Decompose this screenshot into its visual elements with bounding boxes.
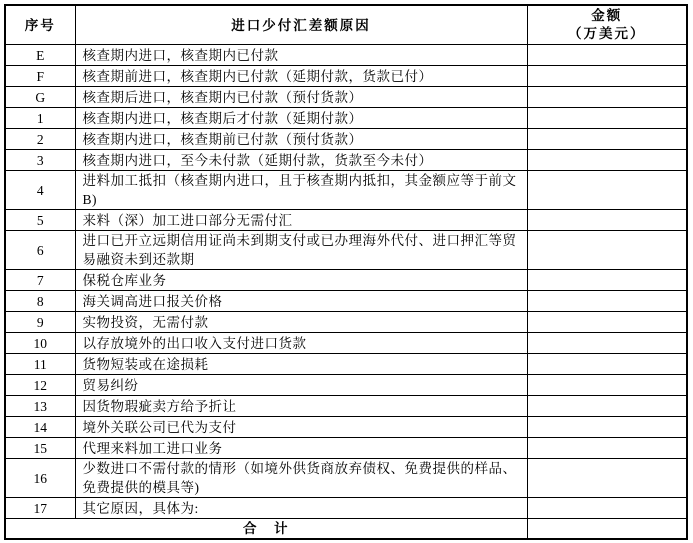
row-seq: 12 <box>5 375 75 396</box>
total-label: 合 计 <box>5 519 527 540</box>
row-reason: 保税仓库业务 <box>75 270 527 291</box>
table-row: 10 以存放境外的出口收入支付进口货款 <box>5 333 687 354</box>
row-reason: 核查期内进口，核查期前已付款（预付货款） <box>75 129 527 150</box>
row-reason: 因货物瑕疵卖方给予折让 <box>75 396 527 417</box>
row-seq: 14 <box>5 417 75 438</box>
column-header-amount: 金额 （万美元） <box>527 5 687 45</box>
row-seq: 1 <box>5 108 75 129</box>
row-reason: 贸易纠纷 <box>75 375 527 396</box>
row-amount-cell <box>527 438 687 459</box>
row-amount-cell <box>527 270 687 291</box>
row-amount-cell <box>527 45 687 66</box>
table-row: 1 核查期内进口，核查期后才付款（延期付款） <box>5 108 687 129</box>
row-reason: 境外关联公司已代为支付 <box>75 417 527 438</box>
column-header-amount-line1: 金额 <box>532 7 683 25</box>
row-amount-cell <box>527 171 687 210</box>
row-seq: 6 <box>5 231 75 270</box>
table-row: 14 境外关联公司已代为支付 <box>5 417 687 438</box>
row-seq: 2 <box>5 129 75 150</box>
row-amount-cell <box>527 291 687 312</box>
row-reason: 核查期内进口，核查期后才付款（延期付款） <box>75 108 527 129</box>
table-row: 16 少数进口不需付款的情形（如境外供货商放弃债权、免费提供的样品、免费提供的模… <box>5 459 687 498</box>
table-row: 9 实物投资，无需付款 <box>5 312 687 333</box>
table-row: 5 来料（深）加工进口部分无需付汇 <box>5 210 687 231</box>
row-reason: 货物短装或在途损耗 <box>75 354 527 375</box>
row-amount-cell <box>527 396 687 417</box>
row-reason: 进料加工抵扣（核查期内进口，且于核查期内抵扣，其金额应等于前文B) <box>75 171 527 210</box>
import-underpayment-reason-table: 序号 进口少付汇差额原因 金额 （万美元） E 核查期内进口，核查期内已付款 F… <box>4 4 688 540</box>
row-amount-cell <box>527 312 687 333</box>
table-row: 13 因货物瑕疵卖方给予折让 <box>5 396 687 417</box>
row-reason: 实物投资，无需付款 <box>75 312 527 333</box>
row-seq: 13 <box>5 396 75 417</box>
row-seq: 11 <box>5 354 75 375</box>
row-seq: 16 <box>5 459 75 498</box>
row-seq: 10 <box>5 333 75 354</box>
column-header-reason: 进口少付汇差额原因 <box>75 5 527 45</box>
row-seq: 3 <box>5 150 75 171</box>
row-seq: G <box>5 87 75 108</box>
total-row: 合 计 <box>5 519 687 540</box>
row-reason: 其它原因，具体为: <box>75 498 527 519</box>
row-reason: 代理来料加工进口业务 <box>75 438 527 459</box>
table-row: 3 核查期内进口，至今未付款（延期付款，货款至今未付） <box>5 150 687 171</box>
column-header-seq: 序号 <box>5 5 75 45</box>
row-reason: 海关调高进口报关价格 <box>75 291 527 312</box>
table-row: 2 核查期内进口，核查期前已付款（预付货款） <box>5 129 687 150</box>
row-seq: E <box>5 45 75 66</box>
form-page: 序号 进口少付汇差额原因 金额 （万美元） E 核查期内进口，核查期内已付款 F… <box>0 0 693 543</box>
table-row: 6 进口已开立远期信用证尚未到期支付或已办理海外代付、进口押汇等贸易融资未到还款… <box>5 231 687 270</box>
row-amount-cell <box>527 108 687 129</box>
row-seq: 17 <box>5 498 75 519</box>
table-row: 17 其它原因，具体为: <box>5 498 687 519</box>
row-reason: 以存放境外的出口收入支付进口货款 <box>75 333 527 354</box>
table-header-row: 序号 进口少付汇差额原因 金额 （万美元） <box>5 5 687 45</box>
row-amount-cell <box>527 66 687 87</box>
table-row: 7 保税仓库业务 <box>5 270 687 291</box>
row-amount-cell <box>527 129 687 150</box>
row-amount-cell <box>527 231 687 270</box>
table-row: 8 海关调高进口报关价格 <box>5 291 687 312</box>
row-reason: 来料（深）加工进口部分无需付汇 <box>75 210 527 231</box>
row-seq: F <box>5 66 75 87</box>
row-reason: 核查期内进口，核查期内已付款 <box>75 45 527 66</box>
column-header-amount-line2: （万美元） <box>532 25 683 43</box>
row-amount-cell <box>527 354 687 375</box>
row-seq: 7 <box>5 270 75 291</box>
row-amount-cell <box>527 333 687 354</box>
row-amount-cell <box>527 417 687 438</box>
row-amount-cell <box>527 150 687 171</box>
row-seq: 4 <box>5 171 75 210</box>
row-seq: 9 <box>5 312 75 333</box>
row-reason: 进口已开立远期信用证尚未到期支付或已办理海外代付、进口押汇等贸易融资未到还款期 <box>75 231 527 270</box>
row-amount-cell <box>527 498 687 519</box>
row-amount-cell <box>527 375 687 396</box>
row-amount-cell <box>527 210 687 231</box>
row-seq: 5 <box>5 210 75 231</box>
row-amount-cell <box>527 87 687 108</box>
row-reason: 核查期前进口，核查期内已付款（延期付款，货款已付） <box>75 66 527 87</box>
table-row: 11 货物短装或在途损耗 <box>5 354 687 375</box>
row-seq: 15 <box>5 438 75 459</box>
table-row: E 核查期内进口，核查期内已付款 <box>5 45 687 66</box>
table-row: 4 进料加工抵扣（核查期内进口，且于核查期内抵扣，其金额应等于前文B) <box>5 171 687 210</box>
table-row: 12 贸易纠纷 <box>5 375 687 396</box>
total-amount-cell <box>527 519 687 540</box>
row-reason: 核查期内进口，至今未付款（延期付款，货款至今未付） <box>75 150 527 171</box>
row-reason: 核查期后进口，核查期内已付款（预付货款） <box>75 87 527 108</box>
table-row: 15 代理来料加工进口业务 <box>5 438 687 459</box>
table-row: G 核查期后进口，核查期内已付款（预付货款） <box>5 87 687 108</box>
table-row: F 核查期前进口，核查期内已付款（延期付款，货款已付） <box>5 66 687 87</box>
row-amount-cell <box>527 459 687 498</box>
row-seq: 8 <box>5 291 75 312</box>
row-reason: 少数进口不需付款的情形（如境外供货商放弃债权、免费提供的样品、免费提供的模具等) <box>75 459 527 498</box>
